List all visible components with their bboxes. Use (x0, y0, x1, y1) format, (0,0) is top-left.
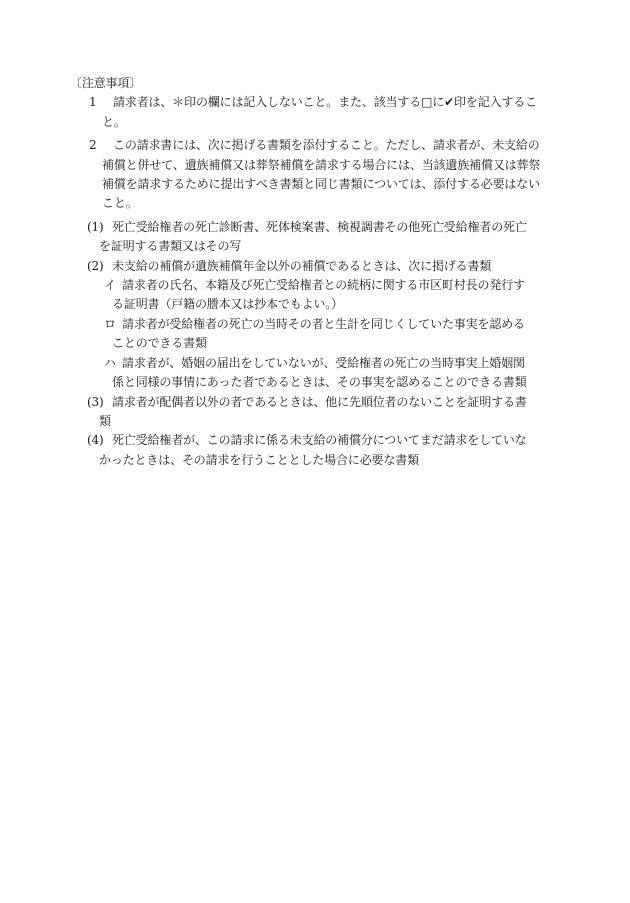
item-marker: 1 (89, 93, 113, 112)
document-line: 補償と併せて、遺族補償又は葬祭補償を請求する場合には、当該遺族補償又は葬祭 (0, 156, 630, 175)
line-text: 請求者が、婚姻の届出をしていないが、受給権者の死亡の当時事実上婚姻関 (122, 356, 525, 370)
line-text: かったときは、その請求を行うこととした場合に必要な書類 (99, 453, 419, 467)
item-marker: (4) (87, 431, 112, 450)
document-line: ことのできる書類 (0, 334, 630, 353)
document-line: 1請求者は、＊印の欄には記入しないこと。また、該当する□に✔印を記入するこ (0, 93, 630, 112)
document-body: 〔注意事項〕 1請求者は、＊印の欄には記入しないこと。また、該当する□に✔印を記… (0, 74, 630, 470)
document-heading: 〔注意事項〕 (0, 74, 630, 93)
document-line: 係と同様の事情にあった者であるときは、その事実を認めることのできる書類 (0, 373, 630, 392)
line-text: ことのできる書類 (112, 336, 207, 350)
item-marker: ロ (104, 315, 122, 334)
document-line: 補償を請求するために提出すべき書類と同じ書類については、添付する必要はない (0, 175, 630, 194)
line-text: 類 (99, 414, 111, 428)
document-lines: 1請求者は、＊印の欄には記入しないこと。また、該当する□に✔印を記入すること。2… (0, 93, 630, 470)
line-text: 未支給の補償が遺族補償年金以外の補償であるときは、次に掲げる書類 (112, 259, 491, 273)
document-line: (2)未支給の補償が遺族補償年金以外の補償であるときは、次に掲げる書類 (0, 257, 630, 276)
document-line: と。 (0, 113, 630, 132)
document-line: 類 (0, 412, 630, 431)
line-text: 請求者が受給権者の死亡の当時その者と生計を同じくしていた事実を認める (122, 317, 525, 331)
item-marker: イ (104, 276, 122, 295)
item-marker: ハ (104, 354, 122, 373)
item-marker: (2) (87, 257, 112, 276)
item-marker: (1) (87, 218, 112, 237)
document-line: ロ請求者が受給権者の死亡の当時その者と生計を同じくしていた事実を認める (0, 315, 630, 334)
document-line: (3)請求者が配偶者以外の者であるときは、他に先順位者のないことを証明する書 (0, 393, 630, 412)
line-text: こと。 (102, 196, 138, 210)
line-text: る証明書（戸籍の謄本又は抄本でもよい。） (112, 297, 343, 311)
item-marker: 2 (89, 136, 113, 155)
line-text: を証明する書類又はその写 (99, 239, 241, 253)
item-marker: (3) (87, 393, 112, 412)
line-text: 請求者の氏名、本籍及び死亡受給権者との続柄に関する市区町村長の発行す (122, 278, 525, 292)
document-line: こと。 (0, 194, 630, 213)
document-line: イ請求者の氏名、本籍及び死亡受給権者との続柄に関する市区町村長の発行す (0, 276, 630, 295)
document-line: (1)死亡受給権者の死亡診断書、死体検案書、検視調書その他死亡受給権者の死亡 (0, 218, 630, 237)
line-text: 死亡受給権者の死亡診断書、死体検案書、検視調書その他死亡受給権者の死亡 (112, 220, 527, 234)
line-text: 死亡受給権者が、この請求に係る未支給の補償分についてまだ請求をしていな (112, 433, 527, 447)
line-text: 請求者は、＊印の欄には記入しないこと。また、該当する□に✔印を記入するこ (113, 95, 537, 109)
document-line: (4)死亡受給権者が、この請求に係る未支給の補償分についてまだ請求をしていな (0, 431, 630, 450)
document-line: 2この請求書には、次に掲げる書類を添付すること。ただし、請求者が、未支給の (0, 136, 630, 155)
document-line: る証明書（戸籍の謄本又は抄本でもよい。） (0, 295, 630, 314)
line-text: 係と同様の事情にあった者であるときは、その事実を認めることのできる書類 (112, 375, 527, 389)
document-line: かったときは、その請求を行うこととした場合に必要な書類 (0, 451, 630, 470)
document-line: を証明する書類又はその写 (0, 237, 630, 256)
notes-document-page: 〔注意事項〕 1請求者は、＊印の欄には記入しないこと。また、該当する□に✔印を記… (0, 0, 630, 903)
line-text: と。 (102, 115, 126, 129)
line-text: 補償と併せて、遺族補償又は葬祭補償を請求する場合には、当該遺族補償又は葬祭 (102, 158, 540, 172)
line-text: 補償を請求するために提出すべき書類と同じ書類については、添付する必要はない (102, 177, 540, 191)
line-text: この請求書には、次に掲げる書類を添付すること。ただし、請求者が、未支給の (113, 138, 540, 152)
document-line: ハ請求者が、婚姻の届出をしていないが、受給権者の死亡の当時事実上婚姻関 (0, 354, 630, 373)
line-text: 請求者が配偶者以外の者であるときは、他に先順位者のないことを証明する書 (112, 395, 527, 409)
